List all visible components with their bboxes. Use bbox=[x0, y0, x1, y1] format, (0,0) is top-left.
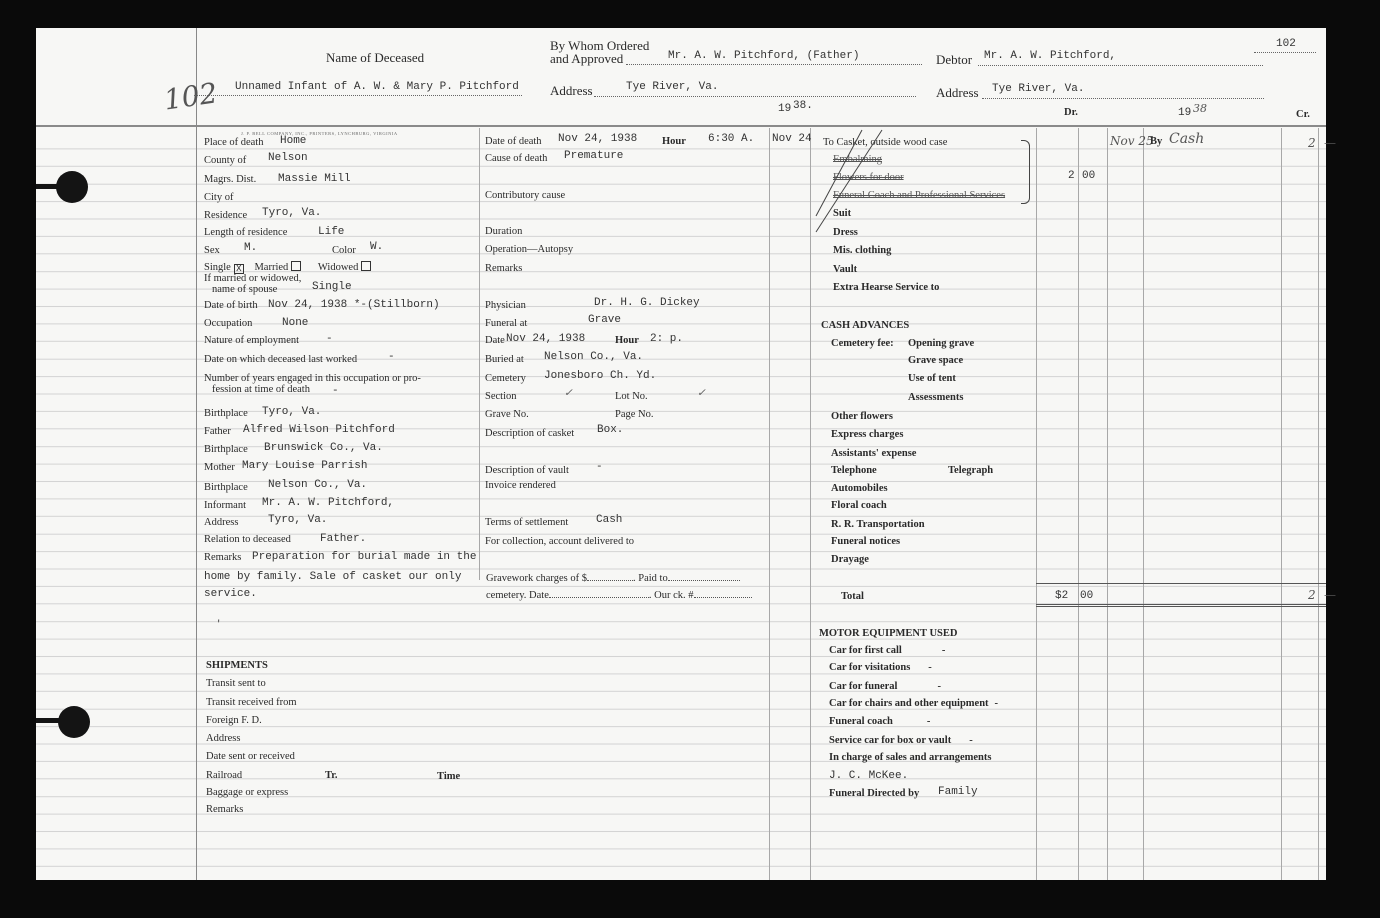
cancel-slash-icon bbox=[810, 128, 890, 238]
in-charge-label: In charge of sales and arrangements bbox=[829, 752, 991, 764]
advance-express: Express charges bbox=[831, 429, 903, 441]
funeral-at-value: Grave bbox=[588, 314, 621, 326]
father-value: Alfred Wilson Pitchford bbox=[243, 424, 395, 436]
remarks-line-2: home by family. Sale of casket our only bbox=[204, 571, 461, 583]
debtor-address-dotted-line bbox=[982, 98, 1264, 99]
charge-item-dress: Dress bbox=[833, 227, 858, 239]
hour-of-death-label: Hour bbox=[662, 136, 686, 148]
cemetery-label: Cemetery bbox=[485, 373, 526, 385]
death-remarks-label: Remarks bbox=[485, 263, 522, 275]
column-rule-3 bbox=[810, 128, 811, 880]
advance-rr-transportation: R. R. Transportation bbox=[831, 519, 925, 531]
cemetery-item-assessments: Assessments bbox=[908, 392, 963, 404]
dr-label: Dr. bbox=[1064, 107, 1078, 119]
residence-value: Tyro, Va. bbox=[262, 207, 321, 219]
column-rule-9 bbox=[1318, 128, 1319, 880]
motor-item-first-call: Car for first call- bbox=[829, 645, 945, 657]
father-label: Father bbox=[204, 426, 231, 438]
name-of-deceased-value: Unnamed Infant of A. W. & Mary P. Pitchf… bbox=[235, 81, 519, 93]
section-label: Section bbox=[485, 391, 517, 403]
column-rule-8 bbox=[1281, 128, 1282, 880]
funeral-date-label: Date bbox=[485, 335, 505, 347]
casket-amount-cents: 00 bbox=[1082, 170, 1095, 182]
shipment-row-transit-received: Transit received from bbox=[206, 697, 297, 709]
cemetery-item-opening: Opening grave bbox=[908, 338, 974, 350]
collection-label: For collection, account delivered to bbox=[485, 536, 634, 548]
total-rule-bottom-1 bbox=[1036, 604, 1326, 605]
date-of-death-label: Date of death bbox=[485, 136, 542, 148]
debtor-year-value: 38 bbox=[1193, 103, 1207, 115]
remarks-label: Remarks bbox=[204, 552, 241, 564]
terms-label: Terms of settlement bbox=[485, 517, 568, 529]
total-rule-top bbox=[1036, 583, 1326, 584]
total-amount: $2 bbox=[1055, 590, 1068, 602]
place-of-death-value: Home bbox=[280, 135, 306, 147]
column-rule-4 bbox=[1036, 128, 1037, 880]
single-label: Single bbox=[204, 262, 231, 273]
county-label: County of bbox=[204, 155, 246, 167]
in-charge-value: J. C. McKee. bbox=[829, 770, 908, 782]
informant-label: Informant bbox=[204, 500, 246, 512]
cemetery-item-space: Grave space bbox=[908, 355, 963, 367]
motor-item-funeral-coach: Funeral coach- bbox=[829, 716, 930, 728]
casket-description-value: Box. bbox=[597, 424, 623, 436]
ordered-by-value: Mr. A. W. Pitchford, (Father) bbox=[668, 50, 859, 62]
sex-value: M. bbox=[244, 242, 257, 254]
magisterial-value: Massie Mill bbox=[278, 173, 351, 185]
credit-amount: 2 bbox=[1308, 137, 1316, 149]
ordered-by-dotted-line bbox=[626, 64, 922, 65]
directed-by-label: Funeral Directed by bbox=[829, 788, 919, 800]
married-checkbox[interactable] bbox=[291, 261, 301, 271]
charge-entry-date: Nov 24 bbox=[772, 133, 812, 145]
shipment-row-transit-sent: Transit sent to bbox=[206, 678, 266, 690]
name-of-deceased-label: Name of Deceased bbox=[326, 51, 424, 65]
motor-item-visitations: Car for visitations- bbox=[829, 662, 932, 674]
address-value: Tye River, Va. bbox=[626, 81, 718, 93]
debtor-address-value: Tye River, Va. bbox=[992, 83, 1084, 95]
contributory-cause-label: Contributory cause bbox=[485, 190, 565, 202]
length-of-residence-label: Length of residence bbox=[204, 227, 287, 239]
advance-drayage: Drayage bbox=[831, 554, 869, 566]
shipment-row-address: Address bbox=[206, 733, 240, 745]
total-rule-bottom-2 bbox=[1036, 606, 1326, 607]
date-of-death-value: Nov 24, 1938 bbox=[558, 133, 637, 145]
married-label: Married bbox=[254, 262, 288, 273]
cemetery-item-tent: Use of tent bbox=[908, 373, 956, 385]
dob-value: Nov 24, 1938 *-(Stillborn) bbox=[268, 299, 440, 311]
record-number-dotted-line bbox=[1254, 52, 1316, 53]
advance-automobiles: Automobiles bbox=[831, 483, 888, 495]
funeral-record-card: 102 Name of Deceased Unnamed Infant of A… bbox=[36, 28, 1326, 880]
funeral-date-value: Nov 24, 1938 bbox=[506, 333, 585, 345]
color-value: W. bbox=[370, 241, 383, 253]
terms-value: Cash bbox=[596, 514, 622, 526]
buried-at-label: Buried at bbox=[485, 354, 524, 366]
gravework-label-1: Gravework charges of $ bbox=[486, 573, 587, 584]
credit-method: Cash bbox=[1169, 133, 1204, 145]
cemetery-date-label: cemetery. Date. Our ck. # bbox=[486, 590, 752, 602]
cemetery-fee-label: Cemetery fee: bbox=[831, 338, 894, 350]
place-of-death-label: Place of death bbox=[204, 137, 263, 149]
cause-of-death-label: Cause of death bbox=[485, 153, 547, 165]
father-birthplace-value: Brunswick Co., Va. bbox=[264, 442, 383, 454]
remarks-line-1: Preparation for burial made in the bbox=[252, 551, 476, 563]
tr-label: Tr. bbox=[325, 770, 338, 782]
binder-hole-bottom bbox=[58, 706, 90, 738]
birthplace-value: Tyro, Va. bbox=[262, 406, 321, 418]
vault-description-label: Description of vault bbox=[485, 465, 569, 477]
debtor-year-prefix: 19 bbox=[1178, 107, 1191, 119]
column-rule-1 bbox=[479, 128, 480, 580]
mother-value: Mary Louise Parrish bbox=[242, 460, 367, 472]
spouse-label-2: name of spouse bbox=[212, 284, 277, 296]
magisterial-label: Magrs. Dist. bbox=[204, 174, 256, 186]
shipment-remarks-label: Remarks bbox=[206, 804, 243, 816]
informant-value: Mr. A. W. Pitchford, bbox=[262, 497, 394, 509]
motor-item-funeral: Car for funeral- bbox=[829, 681, 941, 693]
cr-label: Cr. bbox=[1296, 109, 1310, 121]
charge-item-hearse: Extra Hearse Service to bbox=[833, 282, 939, 294]
charge-item-clothing: Mis. clothing bbox=[833, 245, 891, 257]
total-cents: 00 bbox=[1080, 590, 1093, 602]
credit-cents: — bbox=[1324, 137, 1336, 149]
advance-funeral-notices: Funeral notices bbox=[831, 536, 900, 548]
cemetery-value: Jonesboro Ch. Yd. bbox=[544, 370, 656, 382]
relation-label: Relation to deceased bbox=[204, 534, 291, 546]
header-divider bbox=[36, 125, 1326, 127]
duration-label: Duration bbox=[485, 226, 522, 238]
motor-item-chairs: Car for chairs and other equipment- bbox=[829, 698, 998, 710]
informant-address-label: Address bbox=[204, 517, 238, 529]
left-margin-rule bbox=[196, 28, 197, 880]
credit-by-label: By bbox=[1150, 136, 1162, 148]
informant-address-value: Tyro, Va. bbox=[268, 514, 327, 526]
header-band bbox=[36, 28, 1326, 128]
relation-value: Father. bbox=[320, 533, 366, 545]
directed-by-value: Family bbox=[938, 786, 978, 798]
column-rule-5 bbox=[1078, 128, 1079, 880]
page-no-label: Page No. bbox=[615, 409, 654, 421]
last-worked-label: Date on which deceased last worked bbox=[204, 354, 357, 366]
length-of-residence-value: Life bbox=[318, 226, 344, 238]
bracket-icon bbox=[1021, 140, 1030, 204]
advance-floral-coach: Floral coach bbox=[831, 500, 887, 512]
printer-imprint: J. P. BELL COMPANY, INC., PRINTERS, LYNC… bbox=[241, 128, 398, 140]
advance-other-flowers: Other flowers bbox=[831, 411, 893, 423]
motor-equipment-title: MOTOR EQUIPMENT USED bbox=[819, 628, 957, 640]
address-dotted-line bbox=[594, 96, 916, 97]
cemetery-date-label-2: . Our ck. # bbox=[649, 590, 694, 601]
mother-birthplace-label: Birthplace bbox=[204, 482, 248, 494]
charge-item-suit: Suit bbox=[833, 208, 851, 220]
gravework-label-2: . Paid to bbox=[633, 573, 668, 584]
lot-value: ✓ bbox=[697, 387, 706, 399]
mother-birthplace-value: Nelson Co., Va. bbox=[268, 479, 367, 491]
widowed-label: Widowed bbox=[318, 262, 358, 273]
total-credit-cents: — bbox=[1324, 589, 1336, 601]
shipments-title: SHIPMENTS bbox=[206, 660, 268, 672]
funeral-hour-label: Hour bbox=[615, 335, 639, 347]
sex-label: Sex bbox=[204, 245, 220, 257]
column-rule-7 bbox=[1143, 128, 1144, 880]
record-number: 102 bbox=[1276, 38, 1296, 50]
section-value: ✓ bbox=[564, 387, 573, 399]
advance-assistants: Assistants' expense bbox=[831, 448, 916, 460]
city-label: City of bbox=[204, 192, 233, 204]
remarks-line-3: service. bbox=[204, 588, 257, 600]
widowed-checkbox[interactable] bbox=[361, 261, 371, 271]
physician-value: Dr. H. G. Dickey bbox=[594, 297, 700, 309]
grave-no-label: Grave No. bbox=[485, 409, 529, 421]
casket-description-label: Description of casket bbox=[485, 428, 574, 440]
color-label: Color bbox=[332, 245, 356, 257]
margin-note: 102 bbox=[162, 78, 219, 115]
debtor-value: Mr. A. W. Pitchford, bbox=[984, 50, 1116, 62]
binder-hole-top bbox=[56, 171, 88, 203]
column-rule-2 bbox=[769, 128, 770, 880]
railroad-label: Railroad bbox=[206, 770, 242, 782]
year-prefix: 19 bbox=[778, 103, 791, 115]
funeral-hour-value: 2: p. bbox=[650, 333, 683, 345]
stray-mark: ' bbox=[216, 618, 221, 630]
physician-label: Physician bbox=[485, 300, 526, 312]
county-value: Nelson bbox=[268, 152, 308, 164]
employment-label: Nature of employment bbox=[204, 335, 299, 347]
debtor-address-label: Address bbox=[936, 86, 979, 100]
gravework-charges-label: Gravework charges of $. Paid to bbox=[486, 573, 740, 585]
cemetery-date-label-1: cemetery. Date bbox=[486, 590, 549, 601]
lot-label: Lot No. bbox=[615, 391, 648, 403]
ordered-by-label-2: and Approved bbox=[550, 52, 623, 66]
birthplace-label: Birthplace bbox=[204, 408, 248, 420]
total-label: Total bbox=[841, 591, 864, 603]
operation-autopsy-label: Operation—Autopsy bbox=[485, 244, 573, 256]
residence-label: Residence bbox=[204, 210, 247, 222]
spouse-value: Single bbox=[312, 281, 352, 293]
vault-description-value: - bbox=[596, 461, 603, 473]
occupation-value: None bbox=[282, 317, 308, 329]
years-value: - bbox=[332, 385, 339, 397]
debtor-dotted-line bbox=[978, 65, 1263, 66]
motor-item-service-car: Service car for box or vault- bbox=[829, 735, 973, 747]
employment-value: - bbox=[326, 333, 333, 345]
hour-of-death-value: 6:30 A. bbox=[708, 133, 754, 145]
buried-at-value: Nelson Co., Va. bbox=[544, 351, 643, 363]
shipment-row-foreign-fd: Foreign F. D. bbox=[206, 715, 262, 727]
address-label: Address bbox=[550, 84, 593, 98]
cash-advances-title: CASH ADVANCES bbox=[821, 320, 909, 332]
debtor-label: Debtor bbox=[936, 53, 972, 67]
invoice-rendered-label: Invoice rendered bbox=[485, 480, 556, 492]
name-dotted-line bbox=[194, 95, 522, 96]
casket-amount-dollars: 2 bbox=[1068, 170, 1075, 182]
funeral-at-label: Funeral at bbox=[485, 318, 527, 330]
father-birthplace-label: Birthplace bbox=[204, 444, 248, 456]
mother-label: Mother bbox=[204, 462, 235, 474]
shipment-row-date: Date sent or received bbox=[206, 751, 295, 763]
charge-item-vault: Vault bbox=[833, 264, 857, 276]
time-label: Time bbox=[437, 771, 460, 783]
credit-date: Nov 25 bbox=[1110, 135, 1154, 147]
years-label-2: fession at time of death bbox=[212, 384, 310, 396]
column-rule-6 bbox=[1107, 128, 1108, 880]
year-value: 38. bbox=[793, 100, 813, 112]
occupation-label: Occupation bbox=[204, 318, 252, 330]
cause-of-death-value: Premature bbox=[564, 150, 623, 162]
total-credit: 2 bbox=[1308, 589, 1316, 601]
dob-label: Date of birth bbox=[204, 300, 258, 312]
advance-telegraph: Telegraph bbox=[948, 465, 993, 477]
baggage-label: Baggage or express bbox=[206, 787, 288, 799]
last-worked-value: - bbox=[388, 351, 395, 363]
advance-telephone: Telephone bbox=[831, 465, 877, 477]
